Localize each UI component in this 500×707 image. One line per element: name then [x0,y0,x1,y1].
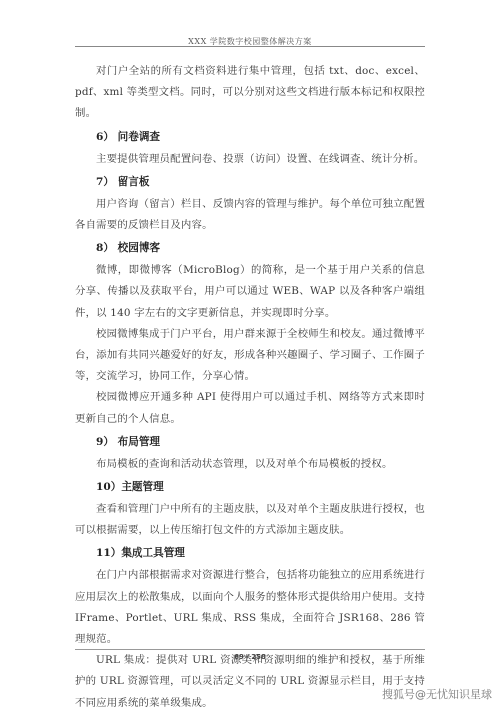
watermark: 搜狐号@无忧知识星球 [382,686,492,702]
section-heading-message-board: 7） 留言板 [75,171,425,194]
section-heading-integration-tools: 11）集成工具管理 [75,542,425,565]
paragraph-survey: 主要提供管理员配置问卷、投票（访问）设置、在线调查、统计分析。 [75,149,425,170]
section-heading-theme-management: 10）主题管理 [75,476,425,499]
paragraph-campus-microblog: 校园微博集成于门户平台，用户群来源于全校师生和校友。通过微博平台，添加有共同兴趣… [75,324,425,388]
paragraph-layout-management: 布局模板的查询和活动状态管理，以及对单个布局模板的授权。 [75,454,425,475]
paragraph-doc-management: 对门户全站的所有文档资料进行集中管理，包括 txt、doc、excel、pdf、… [75,61,425,125]
section-heading-layout-management: 9） 布局管理 [75,431,425,454]
paragraph-integration-tools: 在门户内部根据需求对资源进行整合，包括将功能独立的应用系统进行应用层次上的松散集… [75,565,425,650]
page-number: 69 / 258 [0,653,500,661]
paragraph-microblog-definition: 微博，即微博客（MicroBlog）的简称，是一个基于用户关系的信息分享、传播以… [75,260,425,324]
paragraph-microblog-api: 校园微博应开通多种 API 使得用户可以通过手机、网络等方式来即时更新自己的个人… [75,387,425,429]
footer-divider [75,649,425,650]
document-body: 对门户全站的所有文档资料进行集中管理，包括 txt、doc、excel、pdf、… [75,61,425,707]
paragraph-message-board: 用户咨询（留言）栏目、反馈内容的管理与维护。每个单位可独立配置各自需要的反馈栏目… [75,194,425,236]
section-heading-campus-blog: 8） 校园博客 [75,237,425,260]
paragraph-theme-management: 查看和管理门户中所有的主题皮肤，以及对单个主题皮肤进行授权，也可以根据需要，以上… [75,499,425,541]
header-divider [75,46,425,47]
section-heading-survey: 6） 问卷调查 [75,126,425,149]
